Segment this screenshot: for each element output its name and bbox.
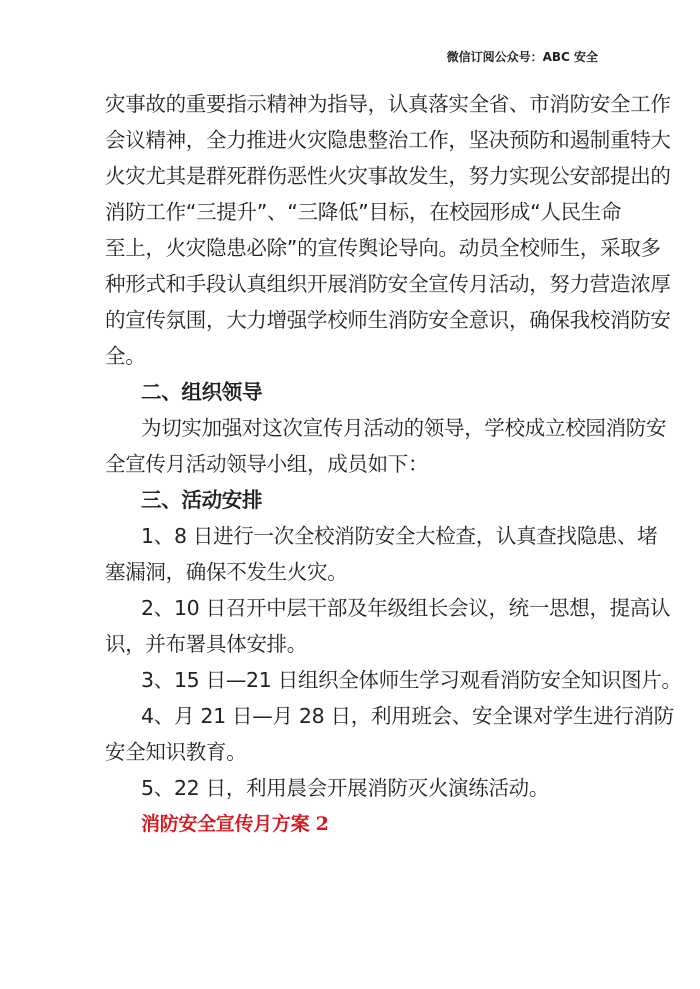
text-line: 的宣传氛围，大力增强学校师生消防安全意识，确保我校消防安 bbox=[105, 302, 601, 338]
section-heading-organization: 二、组织领导 bbox=[105, 374, 601, 410]
text-line: 塞漏洞，确保不发生火灾。 bbox=[105, 554, 601, 590]
text-line: 全。 bbox=[105, 338, 601, 374]
page-header-wechat: 微信订阅公众号：ABC 安全 bbox=[447, 48, 598, 65]
list-item: 5、22 日，利用晨会开展消防灭火演练活动。 bbox=[105, 770, 601, 806]
plan-title-red: 消防安全宣传月方案 2 bbox=[105, 806, 601, 842]
text-line: 消防工作“三提升”、“三降低”目标，在校园形成“人民生命 bbox=[105, 194, 601, 230]
text-line: 至上，火灾隐患必除”的宣传舆论导向。动员全校师生，采取多 bbox=[105, 230, 601, 266]
list-item: 2、10 日召开中层干部及年级组长会议，统一思想，提高认 bbox=[105, 590, 601, 626]
list-item: 1、8 日进行一次全校消防安全大检查，认真查找隐患、堵 bbox=[105, 518, 601, 554]
text-line: 火灾尤其是群死群伤恶性火灾事故发生，努力实现公安部提出的 bbox=[105, 158, 601, 194]
text-line: 会议精神，全力推进火灾隐患整治工作，坚决预防和遏制重特大 bbox=[105, 122, 601, 158]
list-item: 4、月 21 日—月 28 日，利用班会、安全课对学生进行消防 bbox=[105, 698, 601, 734]
text-line: 种形式和手段认真组织开展消防安全宣传月活动，努力营造浓厚 bbox=[105, 266, 601, 302]
text-line: 安全知识教育。 bbox=[105, 734, 601, 770]
text-line: 灾事故的重要指示精神为指导，认真落实全省、市消防安全工作 bbox=[105, 86, 601, 122]
text-line: 识，并布署具体安排。 bbox=[105, 626, 601, 662]
document-body: 灾事故的重要指示精神为指导，认真落实全省、市消防安全工作 会议精神，全力推进火灾… bbox=[105, 86, 601, 842]
text-line: 全宣传月活动领导小组，成员如下： bbox=[105, 446, 601, 482]
text-line: 为切实加强对这次宣传月活动的领导，学校成立校园消防安 bbox=[105, 410, 601, 446]
list-item: 3、15 日—21 日组织全体师生学习观看消防安全知识图片。 bbox=[105, 662, 601, 698]
section-heading-activities: 三、活动安排 bbox=[105, 482, 601, 518]
